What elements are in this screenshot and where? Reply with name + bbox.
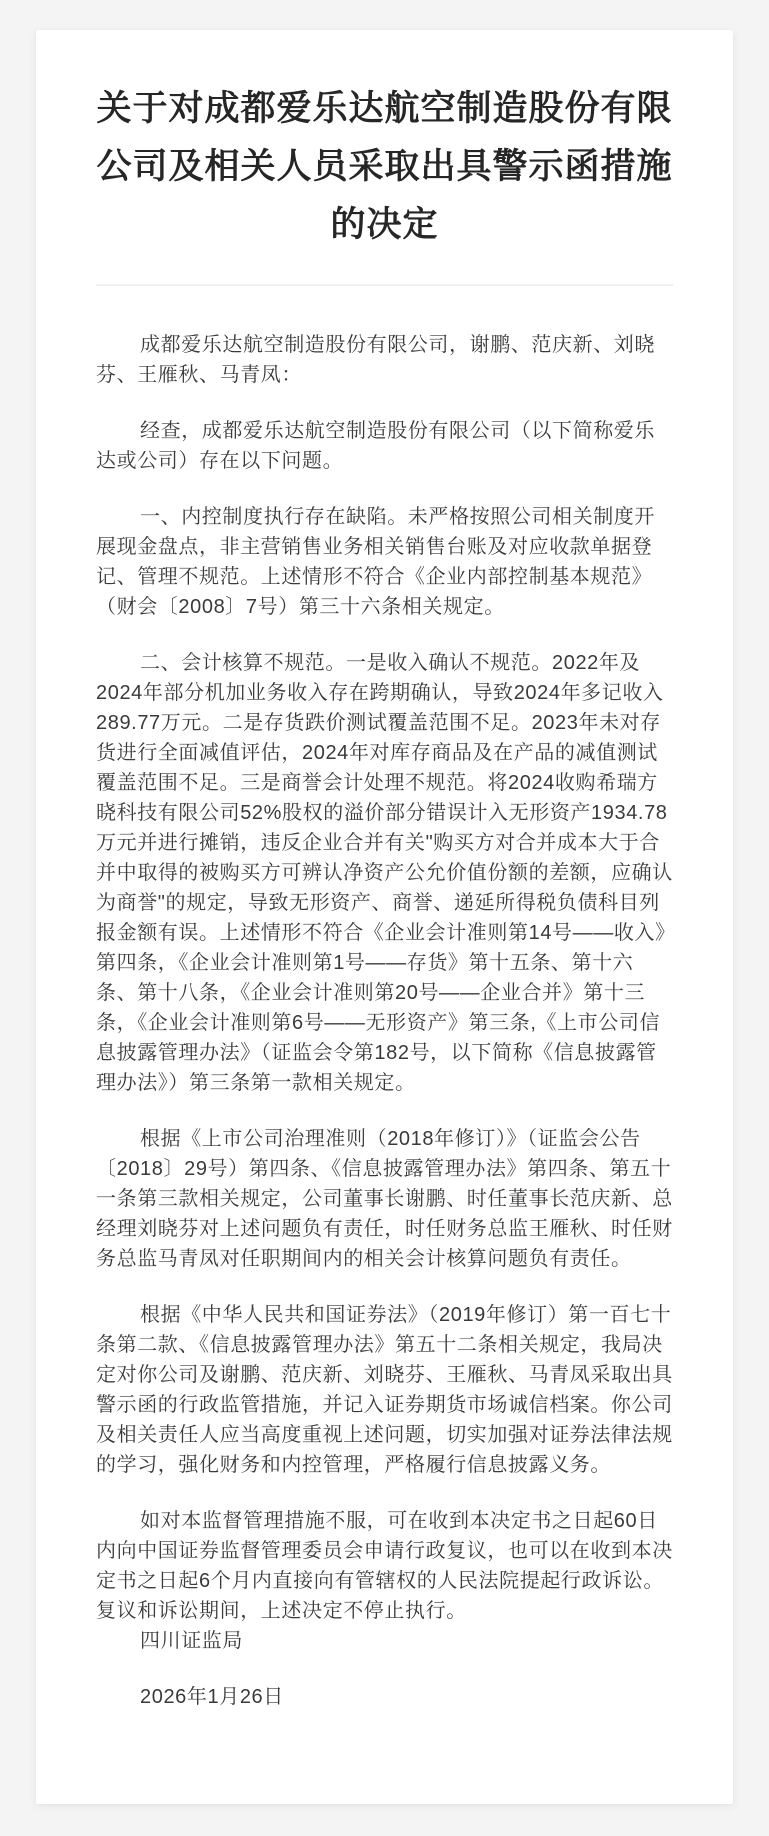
document-paragraph: 经查，成都爱乐达航空制造股份有限公司（以下简称爱乐达或公司）存在以下问题。 (96, 416, 673, 476)
title-divider (96, 284, 673, 286)
document-paragraph: 成都爱乐达航空制造股份有限公司，谢鹏、范庆新、刘晓芬、王雁秋、马青凤： (96, 330, 673, 390)
document-paragraph: 根据《中华人民共和国证券法》（2019年修订）第一百七十条第二款、《信息披露管理… (96, 1300, 673, 1480)
document-footer: 四川证监局 2026年1月26日 (96, 1626, 673, 1712)
date-line: 2026年1月26日 (96, 1682, 673, 1712)
document-body: 成都爱乐达航空制造股份有限公司，谢鹏、范庆新、刘晓芬、王雁秋、马青凤：经查，成都… (96, 330, 673, 1626)
document-paragraph: 根据《上市公司治理准则（2018年修订）》（证监会公告〔2018〕29号）第四条… (96, 1124, 673, 1274)
document-paragraph: 如对本监督管理措施不服，可在收到本决定书之日起60日内向中国证券监督管理委员会申… (96, 1506, 673, 1626)
page-background: 关于对成都爱乐达航空制造股份有限公司及相关人员采取出具警示函措施的决定 成都爱乐… (0, 0, 769, 1836)
document-paragraph: 一、内控制度执行存在缺陷。未严格按照公司相关制度开展现金盘点，非主营销售业务相关… (96, 502, 673, 622)
document-paragraph: 二、会计核算不规范。一是收入确认不规范。2022年及2024年部分机加业务收入存… (96, 648, 673, 1098)
signature-line: 四川证监局 (96, 1626, 673, 1656)
document-title: 关于对成都爱乐达航空制造股份有限公司及相关人员采取出具警示函措施的决定 (96, 80, 673, 254)
document-card: 关于对成都爱乐达航空制造股份有限公司及相关人员采取出具警示函措施的决定 成都爱乐… (36, 30, 733, 1804)
